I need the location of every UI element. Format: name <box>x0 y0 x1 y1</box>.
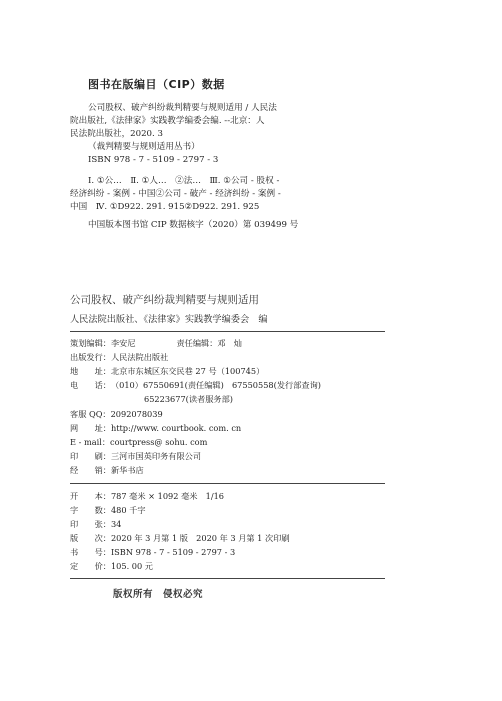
divider-rule <box>70 578 385 579</box>
cip-line: Ⅰ. ①公… Ⅱ. ①人… ②法… Ⅲ. ①公司 - 股权 - <box>88 175 279 188</box>
cip-number-line: 中国版本图书馆 CIP 数据核字（2020）第 039499 号 <box>88 219 298 232</box>
spec-row: 版 次：2020 年 3 月第 1 版 2020 年 3 月第 1 次印刷 <box>70 531 290 545</box>
spec-row: 字 数：480 千字 <box>70 503 146 517</box>
cip-line: （裁判精要与规则适用丛书） <box>88 141 200 154</box>
publishing-row: 经 销：新华书店 <box>70 463 144 477</box>
publishing-row: 电 话：（010）67550691(责任编辑) 67550558(发行部查询) <box>70 378 321 392</box>
cip-line: 民法院出版社，2020. 3 <box>70 128 163 141</box>
book-title: 公司股权、破产纠纷裁判精要与规则适用 <box>70 292 259 307</box>
spec-row: 开 本：787 毫米 × 1092 毫米 1/16 <box>70 489 224 503</box>
spec-row: 书 号：ISBN 978 - 7 - 5109 - 2797 - 3 <box>70 545 235 559</box>
cip-line: 公司股权、破产纠纷裁判精要与规则适用 / 人民法 <box>88 102 277 115</box>
publishing-row: 出版发行：人民法院出版社 <box>70 350 168 364</box>
divider-rule <box>70 483 385 484</box>
cip-line: ISBN 978 - 7 - 5109 - 2797 - 3 <box>88 154 218 167</box>
spec-row: 印 张：34 <box>70 517 121 531</box>
divider-rule <box>70 331 385 332</box>
copyright-notice: 版权所有 侵权必究 <box>113 586 203 600</box>
book-author: 人民法院出版社、《法律家》实践教学编委会 编 <box>70 311 268 325</box>
publishing-row: 65223677(读者服务部) <box>144 392 233 406</box>
publishing-row: 地 址：北京市东城区东交民巷 27 号（100745） <box>70 364 264 378</box>
cip-heading: 图书在版编目（CIP）数据 <box>88 76 225 92</box>
publishing-row: 网 址：http://www. courtbook. com. cn <box>70 421 241 435</box>
spec-row: 定 价：105. 00 元 <box>70 559 153 573</box>
cip-line: 经济纠纷 - 案例 - 中国②公司 - 破产 - 经济纠纷 - 案例 - <box>70 188 281 201</box>
cip-line: 院出版社,《法律家》实践教学编委会编. --北京：人 <box>70 115 264 128</box>
publishing-row: E - mail：courtpress@ sohu. com <box>70 435 207 449</box>
publishing-row: 印 刷：三河市国英印务有限公司 <box>70 449 201 463</box>
publishing-row: 客服 QQ：2092078039 <box>70 407 163 421</box>
cip-line: 中国 Ⅳ. ①D922. 291. 915②D922. 291. 925 <box>70 201 259 214</box>
publishing-row: 策划编辑：李安尼 责任编辑：邓 灿 <box>70 336 242 350</box>
